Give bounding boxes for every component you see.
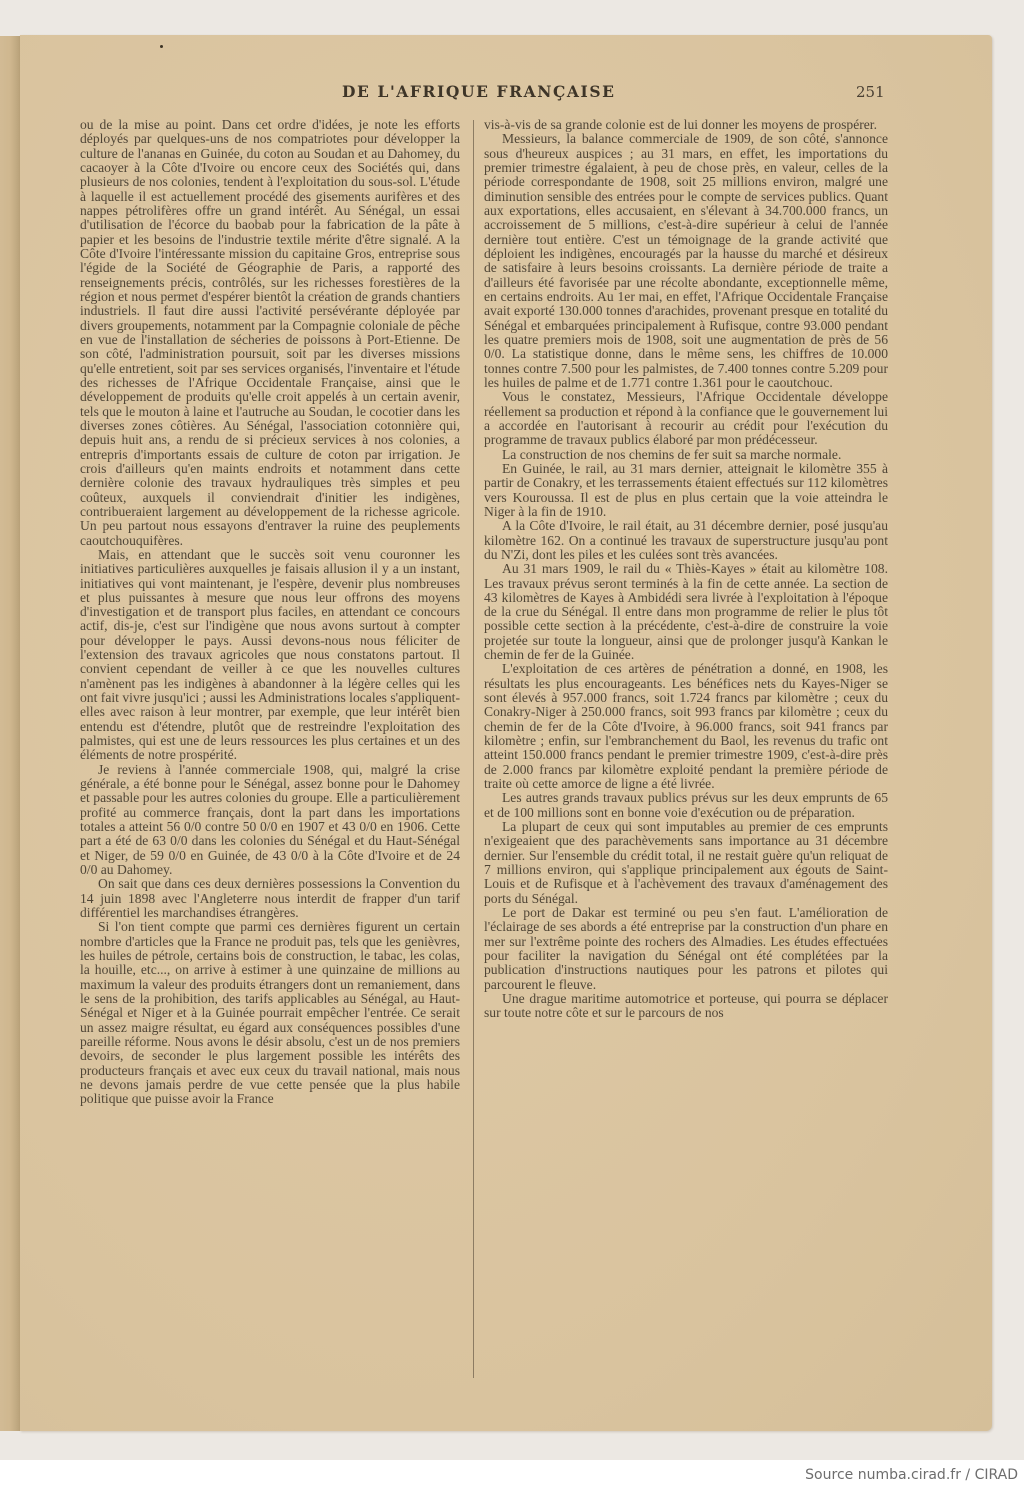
left-column: ou de la mise au point. Dans cet ordre d… <box>80 118 460 1107</box>
right-column: vis-à-vis de sa grande colonie est de lu… <box>484 118 888 1021</box>
paragraph: Une drague maritime automotrice et porte… <box>484 992 888 1021</box>
previous-page-edge <box>0 36 21 1431</box>
paragraph: En Guinée, le rail, au 31 mars dernier, … <box>484 462 888 519</box>
paragraph: La construction de nos chemins de fer su… <box>484 448 888 462</box>
paragraph: Messieurs, la balance commerciale de 190… <box>484 132 888 390</box>
paragraph: Si l'on tient compte que parmi ces derni… <box>80 920 460 1106</box>
paragraph: L'exploitation de ces artères de pénétra… <box>484 662 888 791</box>
running-title: DE L'AFRIQUE FRANÇAISE <box>342 82 616 101</box>
source-credit: Source numba.cirad.fr / CIRAD <box>805 1467 1018 1483</box>
paragraph: Vous le constatez, Messieurs, l'Afrique … <box>484 390 888 447</box>
paragraph: A la Côte d'Ivoire, le rail était, au 31… <box>484 519 888 562</box>
paragraph: La plupart de ceux qui sont imputables a… <box>484 820 888 906</box>
page-number: 251 <box>856 83 885 101</box>
paragraph: ou de la mise au point. Dans cet ordre d… <box>80 118 460 548</box>
paragraph: Au 31 mars 1909, le rail du « Thiès-Kaye… <box>484 562 888 662</box>
paragraph: Mais, en attendant que le succès soit ve… <box>80 548 460 763</box>
paper-speck <box>160 45 163 48</box>
paragraph: On sait que dans ces deux dernières poss… <box>80 877 460 920</box>
paragraph: vis-à-vis de sa grande colonie est de lu… <box>484 118 888 132</box>
page-header: DE L'AFRIQUE FRANÇAISE 251 <box>0 82 1024 106</box>
column-divider <box>473 120 474 1378</box>
paragraph: Le port de Dakar est terminé ou peu s'en… <box>484 906 888 992</box>
paragraph: Les autres grands travaux publics prévus… <box>484 791 888 820</box>
paragraph: Je reviens à l'année commerciale 1908, q… <box>80 763 460 878</box>
